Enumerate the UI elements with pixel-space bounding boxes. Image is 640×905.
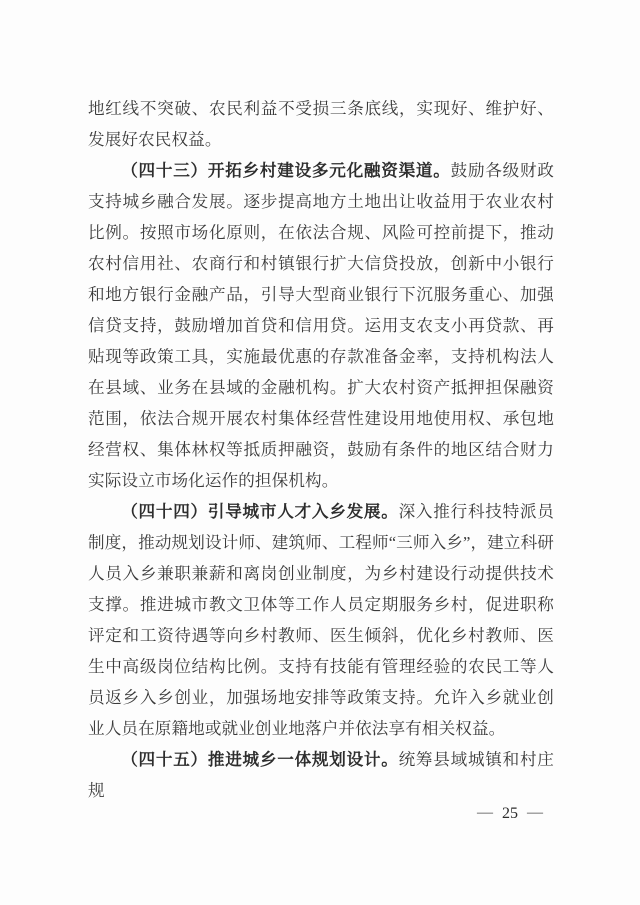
paragraph-continuation: 地红线不突破、农民利益不受损三条底线，实现好、维护好、发展好农民权益。 (88, 93, 554, 155)
paragraph-heading: （四十五）推进城乡一体规划设计。 (121, 750, 398, 769)
document-body: 地红线不突破、农民利益不受损三条底线，实现好、维护好、发展好农民权益。 （四十三… (88, 93, 554, 806)
page-footer: — 25 — (477, 804, 543, 824)
paragraph-text: 地红线不突破、农民利益不受损三条底线，实现好、维护好、发展好农民权益。 (88, 99, 554, 149)
footer-right-dash: — (527, 803, 543, 823)
paragraph-section-45: （四十五）推进城乡一体规划设计。统筹县域城镇和村庄规 (88, 744, 554, 806)
paragraph-section-44: （四十四）引导城市人才入乡发展。深入推行科技特派员制度，推动规划设计师、建筑师、… (88, 496, 554, 744)
page-number: 25 (502, 804, 518, 824)
footer-left-dash: — (477, 803, 493, 823)
paragraph-heading: （四十四）引导城市人才入乡发展。 (121, 502, 398, 521)
paragraph-text: 鼓励各级财政支持城乡融合发展。逐步提高地方土地出让收益用于农业农村比例。按照市场… (88, 161, 554, 490)
paragraph-heading: （四十三）开拓乡村建设多元化融资渠道。 (121, 161, 450, 180)
document-page: 地红线不突破、农民利益不受损三条底线，实现好、维护好、发展好农民权益。 （四十三… (0, 0, 640, 905)
paragraph-section-43: （四十三）开拓乡村建设多元化融资渠道。鼓励各级财政支持城乡融合发展。逐步提高地方… (88, 155, 554, 496)
paragraph-text: 深入推行科技特派员制度，推动规划设计师、建筑师、工程师“三师入乡”，建立科研人员… (88, 502, 554, 738)
